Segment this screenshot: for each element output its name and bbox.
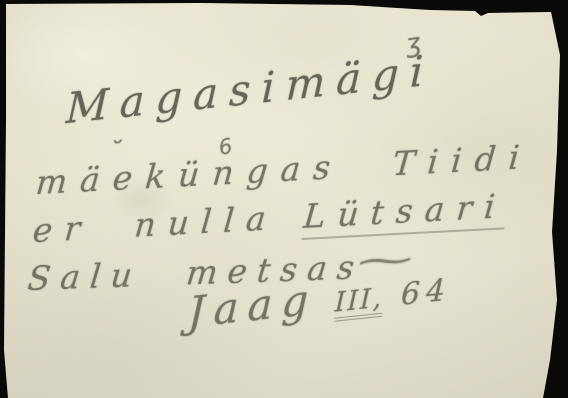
note-paper: ʒ Magasimägi ˘ 6 mäeküngas Tiidi er null… [0, 0, 568, 398]
handwriting-line-3-underlined-word: Lütsari [302, 186, 509, 240]
date-word: Jaag [187, 278, 318, 334]
date-year: 64 [401, 275, 452, 311]
scan-background: ʒ Magasimägi ˘ 6 mäeküngas Tiidi er null… [0, 0, 568, 398]
handwriting-line-3-start: er nulla [31, 198, 279, 250]
date-roman-numeral: III, [334, 284, 383, 321]
handwriting-heading: Magasimägi [65, 49, 435, 130]
